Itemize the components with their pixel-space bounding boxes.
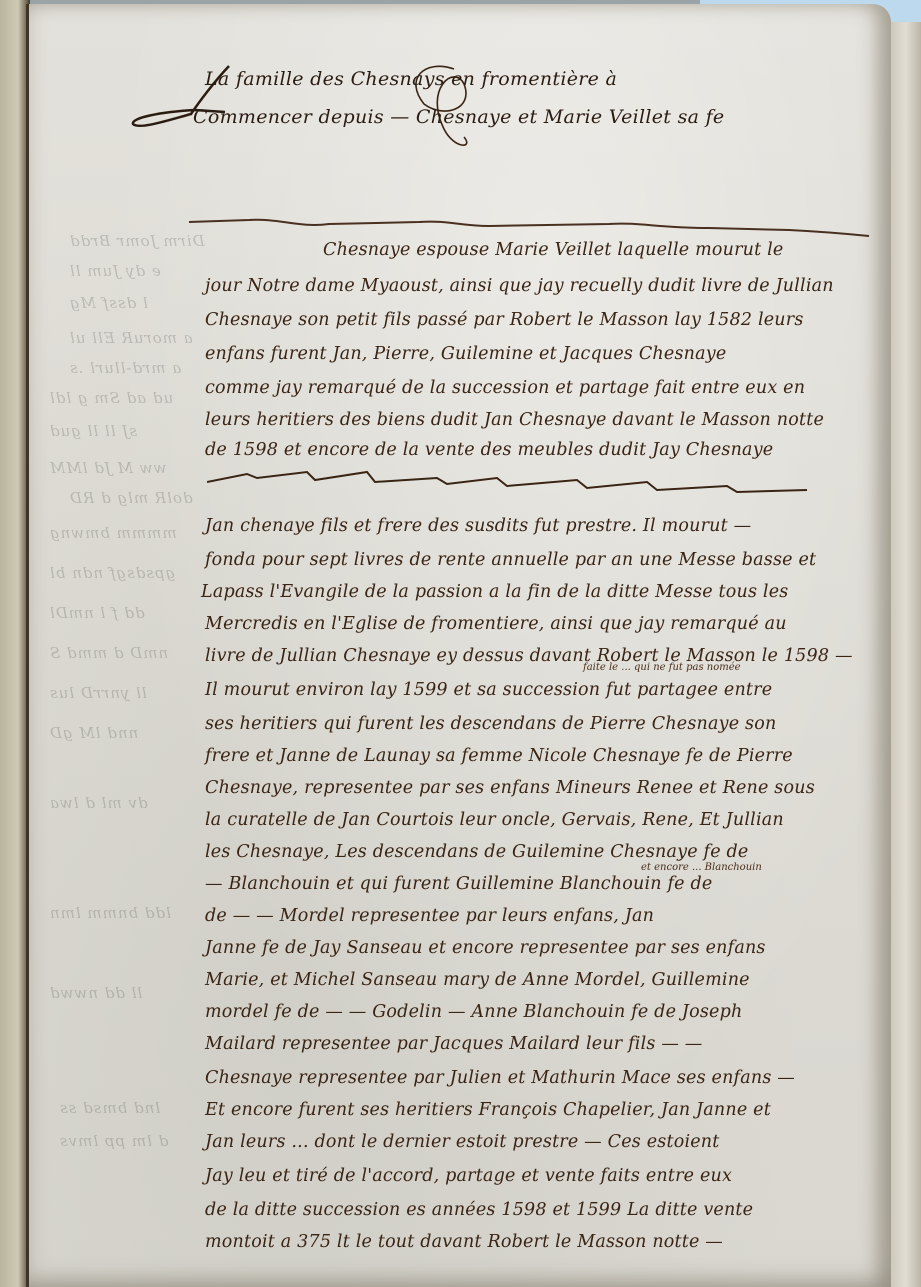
- bleed-through-text: ud ad Sm g ldl: [49, 389, 173, 407]
- paragraph-2-line-8: frere et Janne de Launay sa femme Nicole…: [205, 746, 793, 766]
- bleed-through-text: a mrd-llurl .s: [69, 359, 181, 377]
- document-title-line-2: Commencer depuis — Chesnaye et Marie Vei…: [193, 106, 724, 128]
- paragraph-1-line-1: Chesnaye espouse Marie Veillet laquelle …: [323, 240, 783, 260]
- bleed-through-text: gpsdsgf ndn bl: [49, 564, 175, 582]
- paragraph-2-line-12: — Blanchouin et qui furent Guillemine Bl…: [205, 874, 712, 894]
- bleed-through-text: l dssf Mg: [69, 294, 148, 312]
- paragraph-2-line-2: fonda pour sept livres de rente annuelle…: [205, 550, 816, 570]
- bleed-through-text: lnd bmsd ss: [59, 1099, 160, 1117]
- bleed-through-text: nnd lM gD: [49, 724, 138, 742]
- paragraph-2-line-9: Chesnaye, representee par ses enfans Min…: [205, 778, 815, 798]
- paragraph-1-line-5: comme jay remarqué de la succession et p…: [205, 378, 805, 398]
- paragraph-2-line-10: la curatelle de Jan Courtois leur oncle,…: [205, 810, 784, 830]
- paragraph-2-line-15: Marie, et Michel Sanseau mary de Anne Mo…: [205, 970, 750, 990]
- paragraph-2-line-20: Jan leurs ... dont le dernier estoit pre…: [205, 1132, 720, 1152]
- bleed-through-text: dv ml d lwa: [49, 794, 148, 812]
- interlinear-note-1: faite le ... qui ne fut pas nomée: [583, 662, 741, 673]
- paragraph-2-line-21: Jay leu et tiré de l'accord, partage et …: [205, 1166, 732, 1186]
- bleed-through-text: Dirm Jomr Brdd: [69, 232, 205, 250]
- interlinear-note-2: et encore ... Blanchouin: [641, 862, 762, 873]
- paragraph-2-line-4: Mercredis en l'Eglise de fromentiere, ai…: [205, 614, 787, 634]
- bleed-through-text: d lm pp lmvs: [59, 1132, 168, 1150]
- paragraph-2-line-5: livre de Jullian Chesnaye ey dessus dava…: [205, 646, 853, 666]
- zigzag-divider-middle: [207, 464, 847, 494]
- paragraph-1-line-3: Chesnaye son petit fils passé par Robert…: [205, 310, 804, 330]
- paragraph-2-line-18: Chesnaye representee par Julien et Mathu…: [205, 1068, 795, 1088]
- bleed-through-text: nmD d mmd S: [49, 644, 168, 662]
- paragraph-2-line-17: Mailard representee par Jacques Mailard …: [205, 1034, 703, 1054]
- bleed-through-text: ll ynrrD lus: [49, 684, 147, 702]
- manuscript-page: Dirm Jomr Brdd e dy Jum ll l dssf Mg a m…: [26, 4, 891, 1287]
- paragraph-2-line-3: Lapass l'Evangile de la passion a la fin…: [201, 582, 788, 602]
- paragraph-1-line-7: de 1598 et encore de la vente des meuble…: [205, 440, 773, 460]
- paragraph-2-line-14: Janne fe de Jay Sanseau et encore repres…: [205, 938, 766, 958]
- paragraph-2-line-13: de — — Mordel representee par leurs enfa…: [205, 906, 654, 926]
- paragraph-2-line-1: Jan chenaye fils et frere des susdits fu…: [205, 516, 751, 536]
- bleed-through-text: dd f l nmDl: [49, 604, 145, 622]
- bleed-through-text: mmmm bmwng: [49, 524, 177, 542]
- paragraph-2-line-23: montoit a 375 lt le tout davant Robert l…: [205, 1232, 723, 1252]
- paragraph-1-line-2: jour Notre dame Myaoust, ainsi que jay r…: [205, 276, 834, 296]
- paragraph-2-line-16: mordel fe de — — Godelin — Anne Blanchou…: [205, 1002, 742, 1022]
- wavy-divider-top: [189, 214, 869, 238]
- bleed-through-text: e dy Jum ll: [69, 262, 161, 280]
- bleed-through-text: ll dd nwwd: [49, 984, 142, 1002]
- paragraph-2-line-22: de la ditte succession es années 1598 et…: [205, 1200, 753, 1220]
- document-title-line-1: La famille des Chesnays en fromentière à: [205, 68, 617, 90]
- paragraph-1-line-4: enfans furent Jan, Pierre, Guilemine et …: [205, 344, 726, 364]
- bleed-through-text: sJ ll ll gud: [49, 422, 137, 440]
- paragraph-2-line-6: Il mourut environ lay 1599 et sa success…: [205, 680, 772, 700]
- paragraph-2-line-11: les Chesnaye, Les descendans de Guilemin…: [205, 842, 748, 862]
- paragraph-2-line-7: ses heritiers qui furent les descendans …: [205, 714, 776, 734]
- bleed-through-text: ww M Jd lMM: [49, 459, 166, 477]
- bleed-through-text: a moruR Ell ul: [69, 329, 193, 347]
- bleed-through-text: dolR mlg d RD: [69, 489, 193, 507]
- paragraph-2-line-19: Et encore furent ses heritiers François …: [205, 1100, 771, 1120]
- calligraphic-ch-flourish-icon: [394, 49, 494, 159]
- paragraph-1-line-6: leurs heritiers des biens dudit Jan Ches…: [205, 410, 824, 430]
- bleed-through-text: ldd bnmm lmn: [49, 904, 171, 922]
